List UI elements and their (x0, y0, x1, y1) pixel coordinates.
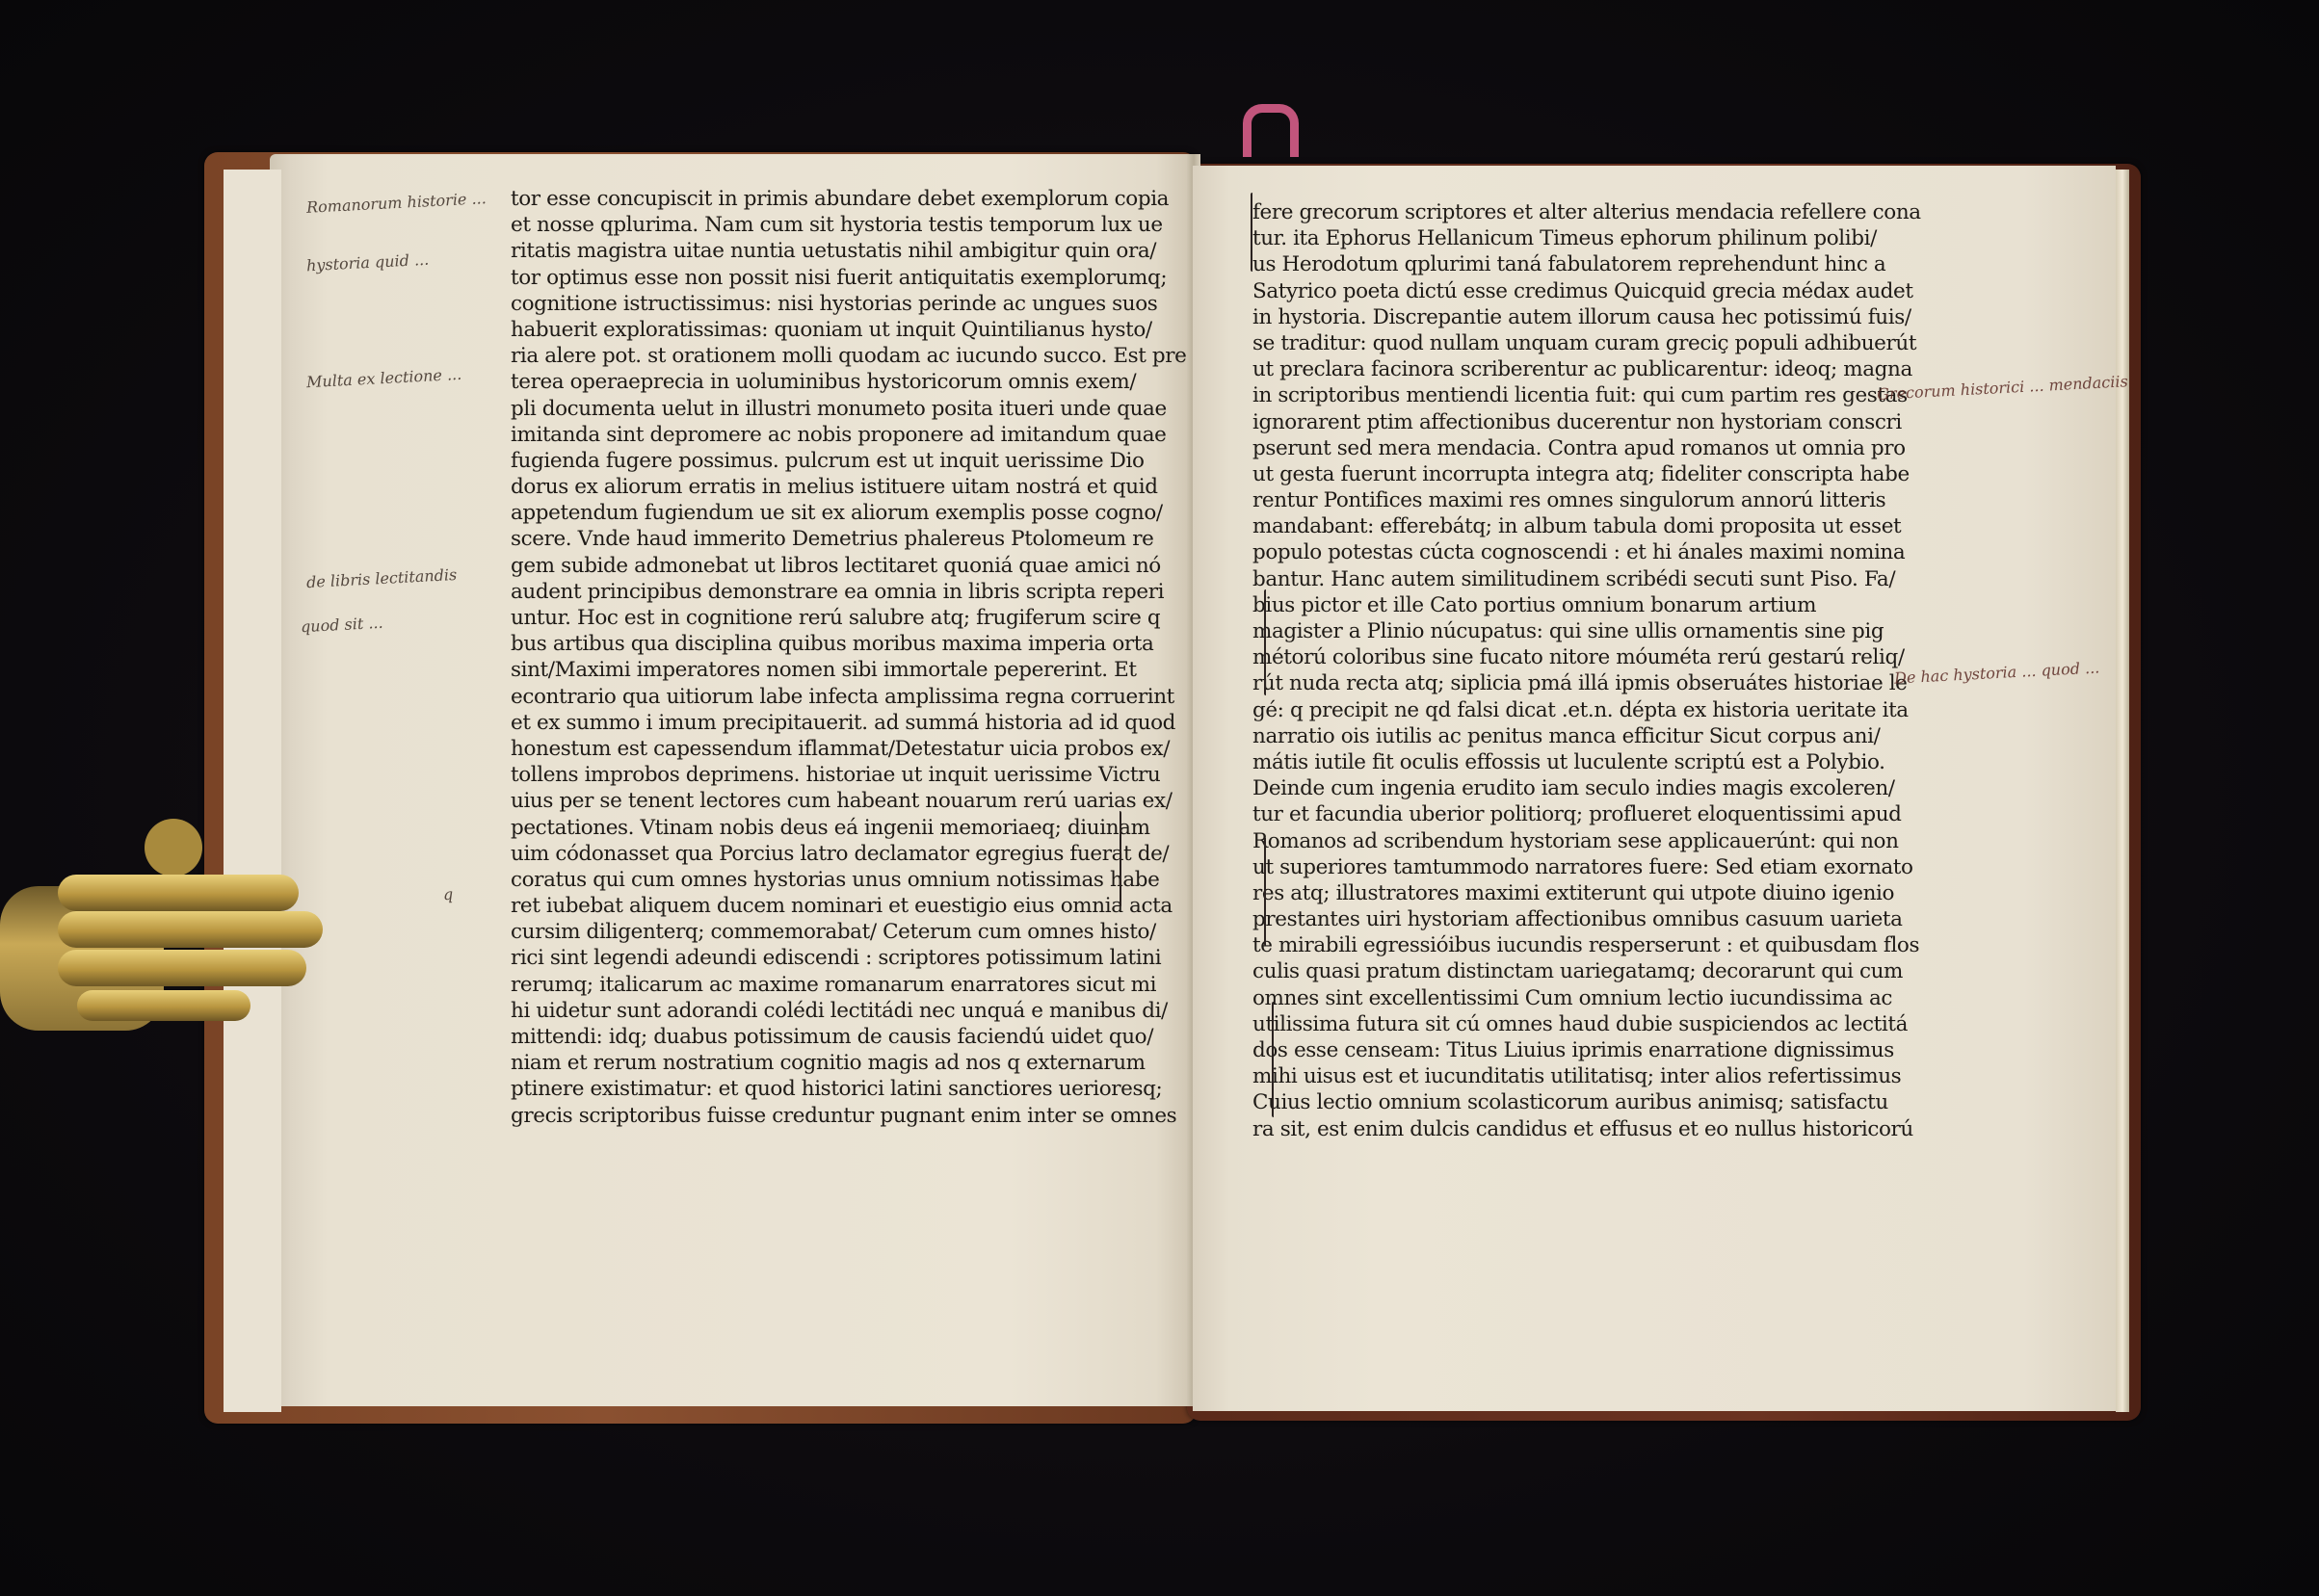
text-line: ignorarent ptim affectionibus ducerentur… (1252, 409, 1921, 435)
text-line: grecis scriptoribus fuisse creduntur pug… (511, 1103, 1186, 1129)
ink-bracket (1264, 838, 1266, 946)
brass-finger (58, 911, 323, 948)
text-line: imitanda sint depromere ac nobis propone… (511, 422, 1186, 448)
text-line: utilissima futura sit cú omnes haud dubi… (1252, 1011, 1921, 1037)
ink-bracket (1120, 811, 1121, 907)
text-line: dorus ex aliorum erratis in melius istit… (511, 474, 1186, 500)
text-line: pli documenta uelut in illustri monumeto… (511, 396, 1186, 422)
ink-bracket (1251, 193, 1252, 272)
marginal-note: quod sit ... (300, 613, 383, 638)
marginal-note: q (442, 884, 453, 906)
text-line: tor optimus esse non possit nisi fuerit … (511, 265, 1186, 291)
text-line: hi uidetur sunt adorandi colédi lectitád… (511, 998, 1186, 1024)
text-line: gé: q precipit ne qd falsi dicat .et.n. … (1252, 697, 1921, 723)
text-line: in scriptoribus mentiendi licentia fuit:… (1252, 382, 1921, 408)
brass-hand-wrist (145, 819, 202, 876)
text-line: tur et facundia uberior politiorq; profl… (1252, 801, 1921, 827)
text-line: dos esse censeam: Titus Liuius iprimis e… (1252, 1037, 1921, 1063)
text-line: mittendi: idq; duabus potissimum de caus… (511, 1024, 1186, 1050)
text-line: in hystoria. Discrepantie autem illorum … (1252, 304, 1921, 330)
text-line: fere grecorum scriptores et alter alteri… (1252, 199, 1921, 225)
text-line: Satyrico poeta dictú esse credimus Quicq… (1252, 278, 1921, 304)
text-line: gem subide admonebat ut libros lectitare… (511, 553, 1186, 579)
page-fore-edge (2116, 170, 2129, 1412)
text-line: terea operaeprecia in uoluminibus hystor… (511, 369, 1186, 395)
text-line: uim códonasset qua Porcius latro declama… (511, 841, 1186, 867)
text-line: tur. ita Ephorus Hellanicum Timeus ephor… (1252, 225, 1921, 251)
text-line: us Herodotum qplurimi taná fabulatorem r… (1252, 251, 1921, 277)
text-line: econtrario qua uitiorum labe infecta amp… (511, 684, 1186, 710)
text-line: rentur Pontifices maximi res omnes singu… (1252, 487, 1921, 513)
text-line: culis quasi pratum distinctam uariegatam… (1252, 958, 1921, 984)
text-line: fugienda fugere possimus. pulcrum est ut… (511, 448, 1186, 474)
text-line: et ex summo i imum precipitauerit. ad su… (511, 710, 1186, 736)
text-line: untur. Hoc est in cognitione rerú salubr… (511, 605, 1186, 631)
text-line: ra sit, est enim dulcis candidus et effu… (1252, 1116, 1921, 1142)
text-line: mátis iutile fit oculis effossis ut lucu… (1252, 749, 1921, 775)
text-line: rerumq; italicarum ac maxime romanarum e… (511, 972, 1186, 998)
text-line: rút nuda recta atq; siplicia pmá illá ip… (1252, 670, 1921, 696)
text-line: honestum est capessendum iflammat/Detest… (511, 736, 1186, 762)
text-line: mihi uisus est et iucunditatis utilitati… (1252, 1063, 1921, 1089)
text-line: ret iubebat aliquem ducem nominari et eu… (511, 893, 1186, 919)
brass-hand-page-weight (0, 799, 328, 1079)
ink-bracket (1272, 1002, 1274, 1117)
ink-bracket (1264, 589, 1266, 695)
text-line: uius per se tenent lectores cum habeant … (511, 788, 1186, 814)
brass-finger (58, 875, 299, 911)
text-line: pserunt sed mera mendacia. Contra apud r… (1252, 435, 1921, 461)
text-line: res atq; illustratores maximi extiterunt… (1252, 880, 1921, 906)
left-page-text: tor esse concupiscit in primis abundare … (511, 186, 1186, 1129)
text-line: rici sint legendi adeundi ediscendi : sc… (511, 945, 1186, 971)
text-line: et nosse qplurima. Nam cum sit hystoria … (511, 212, 1186, 238)
text-line: ptinere existimatur: et quod historici l… (511, 1076, 1186, 1102)
text-line: cursim diligenterq; commemorabat/ Ceteru… (511, 919, 1186, 945)
text-line: prestantes uiri hystoriam affectionibus … (1252, 906, 1921, 932)
text-line: Romanos ad scribendum hystoriam sese app… (1252, 828, 1921, 854)
text-line: ria alere pot. st orationem molli quodam… (511, 343, 1186, 369)
text-line: niam et rerum nostratium cognitio magis … (511, 1050, 1186, 1076)
text-line: populo potestas cúcta cognoscendi : et h… (1252, 539, 1921, 565)
text-line: audent principibus demonstrare ea omnia … (511, 579, 1186, 605)
text-line: omnes sint excellentissimi Cum omnium le… (1252, 985, 1921, 1011)
text-line: bus artibus qua disciplina quibus moribu… (511, 631, 1186, 657)
text-line: ut superiores tamtummodo narratores fuer… (1252, 854, 1921, 880)
text-line: métorú coloribus sine fucato nitore móum… (1252, 644, 1921, 670)
text-line: appetendum fugiendum ue sit ex aliorum e… (511, 500, 1186, 526)
text-line: tollens improbos deprimens. historiae ut… (511, 762, 1186, 788)
text-line: mandabant: efferebátq; in album tabula d… (1252, 513, 1921, 539)
ribbon-bookmark (1243, 104, 1299, 157)
text-line: se traditur: quod nullam unquam curam gr… (1252, 330, 1921, 356)
text-line: te mirabili egressióibus iucundis resper… (1252, 932, 1921, 958)
text-line: bius pictor et ille Cato portius omnium … (1252, 592, 1921, 618)
text-line: narratio ois iutilis ac penitus manca ef… (1252, 723, 1921, 749)
text-line: Deinde cum ingenia erudito iam seculo in… (1252, 775, 1921, 801)
text-line: sint/Maximi imperatores nomen sibi immor… (511, 657, 1186, 683)
text-line: ritatis magistra uitae nuntia uetustatis… (511, 238, 1186, 264)
brass-thumb (77, 990, 250, 1021)
text-line: magister a Plinio núcupatus: qui sine ul… (1252, 618, 1921, 644)
text-line: tor esse concupiscit in primis abundare … (511, 186, 1186, 212)
brass-finger (58, 950, 306, 986)
text-line: scere. Vnde haud immerito Demetrius phal… (511, 526, 1186, 552)
text-line: bantur. Hanc autem similitudinem scribéd… (1252, 566, 1921, 592)
text-line: cognitione istructissimus: nisi hystoria… (511, 291, 1186, 317)
right-page-text: fere grecorum scriptores et alter alteri… (1252, 199, 1921, 1142)
text-line: coratus qui cum omnes hystorias unus omn… (511, 867, 1186, 893)
text-line: ut preclara facinora scriberentur ac pub… (1252, 356, 1921, 382)
text-line: ut gesta fuerunt incorrupta integra atq;… (1252, 461, 1921, 487)
flyleaf-edge (224, 170, 281, 1412)
text-line: pectationes. Vtinam nobis deus eá ingeni… (511, 815, 1186, 841)
text-line: habuerit exploratissimas: quoniam ut inq… (511, 317, 1186, 343)
text-line: Cuius lectio omnium scolasticorum auribu… (1252, 1089, 1921, 1115)
